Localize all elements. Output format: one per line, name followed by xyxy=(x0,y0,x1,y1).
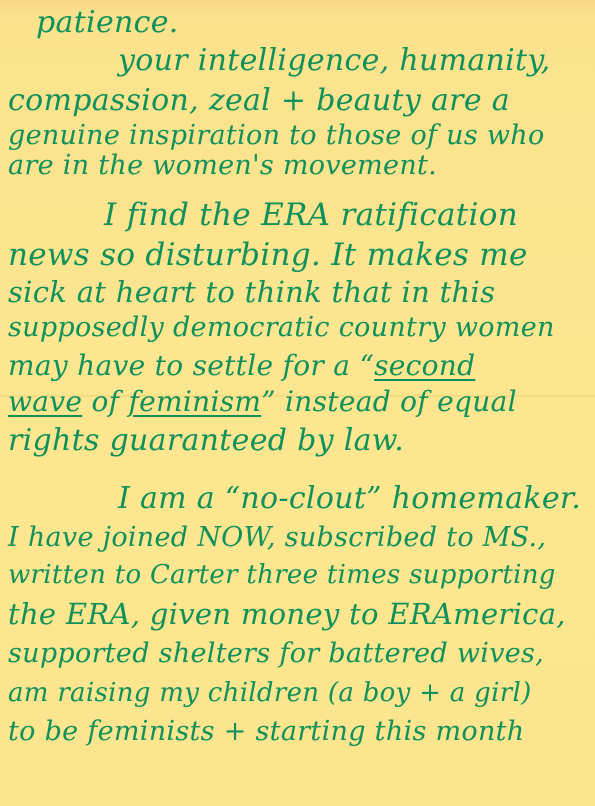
handwritten-line: supposedly democratic country women xyxy=(8,314,555,341)
handwritten-line: to be feminists + starting this month xyxy=(8,718,524,745)
handwritten-line: patience. xyxy=(36,8,179,38)
handwritten-line: supported shelters for battered wives, xyxy=(8,640,544,667)
underlined-word: second xyxy=(374,349,475,382)
handwritten-line: the ERA, given money to ERAmerica, xyxy=(8,600,566,629)
handwritten-line: news so disturbing. It makes me xyxy=(8,240,528,271)
text-segment: ” instead of equal xyxy=(261,385,517,418)
handwritten-line: I have joined NOW, subscribed to MS., xyxy=(8,524,546,551)
letter-page: patience. your intelligence, humanity, c… xyxy=(0,0,595,806)
text-segment: of xyxy=(82,385,128,418)
text-segment: may have to settle for a “ xyxy=(8,349,374,382)
handwritten-line: are in the women's movement. xyxy=(8,152,437,179)
underlined-word: wave xyxy=(8,385,82,418)
handwritten-line: genuine inspiration to those of us who xyxy=(8,122,545,149)
handwritten-line: written to Carter three times supporting xyxy=(8,562,556,588)
handwritten-line: may have to settle for a “second xyxy=(8,352,475,380)
handwritten-line: I am a “no-clout” homemaker. xyxy=(118,484,581,514)
handwritten-line: compassion, zeal + beauty are a xyxy=(8,86,510,116)
handwritten-line: wave of feminism” instead of equal xyxy=(8,388,517,416)
handwritten-line: am raising my children (a boy + a girl) xyxy=(8,680,532,706)
underlined-word: feminism xyxy=(128,385,261,418)
handwritten-line: rights guaranteed by law. xyxy=(8,426,404,456)
handwritten-line: your intelligence, humanity, xyxy=(118,46,550,76)
handwritten-line: sick at heart to think that in this xyxy=(8,278,495,307)
handwritten-line: I find the ERA ratification xyxy=(104,200,518,231)
